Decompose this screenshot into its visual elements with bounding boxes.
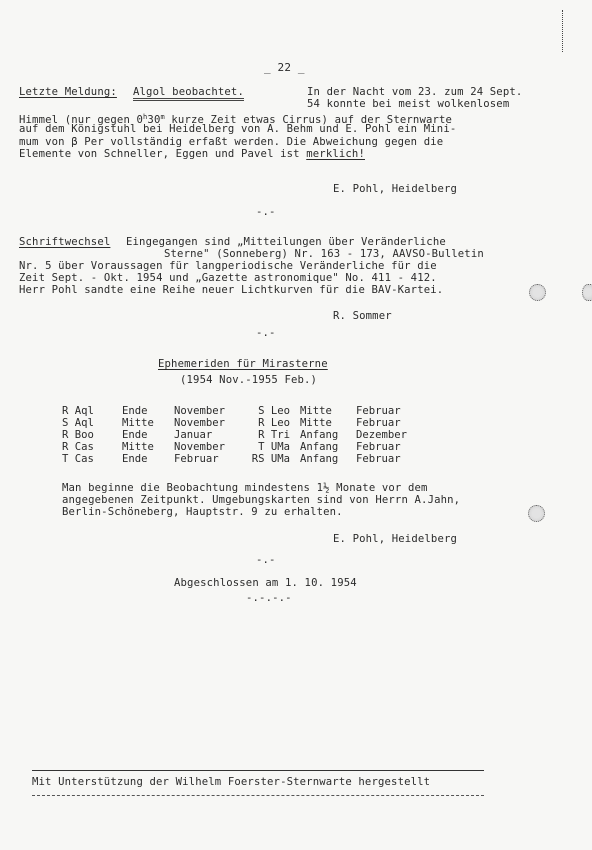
heading-text: Letzte Meldung:: [19, 86, 117, 98]
ephemeris-row: R AqlEndeNovemberS LeoMitteFebruar: [62, 405, 416, 417]
ephemeris-phase-b: Mitte: [300, 405, 356, 417]
correspondence-heading: Schriftwechsel: [19, 236, 110, 248]
ephemeris-month-b: Dezember: [356, 429, 416, 441]
punch-hole-icon: [582, 284, 592, 301]
report-line-6-text: Elemente von Schneller, Eggen und Pavel …: [19, 148, 306, 160]
separator: -.-: [256, 206, 276, 218]
ephemeris-star-a: T Cas: [62, 453, 122, 465]
ephemerides-note-1: Man beginne die Beobachtung mindestens 1…: [62, 482, 428, 494]
report-line-2: 54 konnte bei meist wolkenlosem: [307, 98, 509, 110]
ephemeris-star-b: T UMa: [244, 441, 300, 453]
latest-report-title: Algol beobachtet.: [133, 86, 244, 98]
ephemeris-star-a: R Boo: [62, 429, 122, 441]
separator: -.-.-.-: [246, 592, 292, 604]
correspondence-line-2: Sterne" (Sonneberg) Nr. 163 - 173, AAVSO…: [164, 248, 484, 260]
correspondence-signature: R. Sommer: [333, 310, 392, 322]
report-line-5: mum von β Per vollständig erfaßt werden.…: [19, 136, 443, 148]
ephemeris-row: S AqlMitteNovemberR LeoMitteFebruar: [62, 417, 416, 429]
correspondence-line-5: Herr Pohl sandte eine Reihe neuer Lichtk…: [19, 284, 443, 296]
ephemeris-month-a: Januar: [174, 429, 244, 441]
ephemeris-star-a: R Cas: [62, 441, 122, 453]
ephemeris-month-b: Februar: [356, 453, 416, 465]
ephemerides-title: Ephemeriden für Mirasterne: [158, 358, 328, 370]
punch-hole-icon: [529, 284, 546, 301]
ephemeris-month-a: Februar: [174, 453, 244, 465]
correspondence-line-3: Nr. 5 über Voraussagen für langperiodisc…: [19, 260, 437, 272]
footer-text: Mit Unterstützung der Wilhelm Foerster-S…: [32, 776, 430, 788]
ephemeris-month-a: November: [174, 417, 244, 429]
ephemeris-star-b: RS UMa: [244, 453, 300, 465]
separator: -.-: [256, 327, 276, 339]
ephemeris-phase-a: Ende: [122, 453, 174, 465]
footer-rule-top: [32, 770, 484, 771]
ephemerides-note-2: angegebenen Zeitpunkt. Umgebungskarten s…: [62, 494, 460, 506]
ephemerides-subtitle: (1954 Nov.-1955 Feb.): [180, 374, 317, 386]
page-number: _ 22 _: [264, 62, 305, 74]
emphasis-text: merklich!: [306, 148, 365, 160]
ephemeris-row: R BooEndeJanuarR TriAnfangDezember: [62, 429, 416, 441]
ephemerides-note-3: Berlin-Schöneberg, Hauptstr. 9 zu erhalt…: [62, 506, 343, 518]
ephemeris-phase-a: Mitte: [122, 417, 174, 429]
ephemeris-phase-b: Mitte: [300, 417, 356, 429]
ephemeris-phase-a: Ende: [122, 405, 174, 417]
ephemerides-table: R AqlEndeNovemberS LeoMitteFebruarS AqlM…: [62, 405, 416, 465]
ephemeris-phase-b: Anfang: [300, 453, 356, 465]
correspondence-line-1: Eingegangen sind „Mitteilungen über Verä…: [126, 236, 446, 248]
ephemerides-title-text: Ephemeriden für Mirasterne: [158, 358, 328, 370]
ephemeris-row: R CasMitteNovemberT UMaAnfangFebruar: [62, 441, 416, 453]
ephemeris-month-b: Februar: [356, 405, 416, 417]
footer-rule-bottom: [32, 795, 484, 796]
latest-report-heading: Letzte Meldung:: [19, 86, 117, 98]
ephemeris-month-b: Februar: [356, 441, 416, 453]
title-text: Algol beobachtet.: [133, 86, 244, 101]
correspondence-line-4: Zeit Sept. - Okt. 1954 und „Gazette astr…: [19, 272, 437, 284]
ephemeris-star-a: S Aql: [62, 417, 122, 429]
ephemeris-star-b: R Tri: [244, 429, 300, 441]
closing-date: Abgeschlossen am 1. 10. 1954: [174, 577, 357, 589]
ephemeris-phase-b: Anfang: [300, 441, 356, 453]
document-page: _ 22 _ Letzte Meldung: Algol beobachtet.…: [0, 0, 592, 850]
ephemeris-star-b: S Leo: [244, 405, 300, 417]
report-line-6: Elemente von Schneller, Eggen und Pavel …: [19, 148, 365, 160]
report-line-1: In der Nacht vom 23. zum 24 Sept.: [307, 86, 522, 98]
correspondence-heading-text: Schriftwechsel: [19, 236, 110, 248]
report-signature: E. Pohl, Heidelberg: [333, 183, 457, 195]
ephemeris-phase-b: Anfang: [300, 429, 356, 441]
ephemeris-row: T CasEndeFebruarRS UMaAnfangFebruar: [62, 453, 416, 465]
ephemeris-star-b: R Leo: [244, 417, 300, 429]
ephemerides-signature: E. Pohl, Heidelberg: [333, 533, 457, 545]
ephemeris-phase-a: Mitte: [122, 441, 174, 453]
punch-hole-icon: [528, 505, 545, 522]
ephemeris-month-a: November: [174, 441, 244, 453]
report-line-4: auf dem Königstuhl bei Heidelberg von A.…: [19, 123, 456, 135]
ephemeris-star-a: R Aql: [62, 405, 122, 417]
separator: -.-: [256, 554, 276, 566]
ephemeris-month-a: November: [174, 405, 244, 417]
margin-mark: [562, 10, 563, 52]
ephemeris-month-b: Februar: [356, 417, 416, 429]
ephemeris-phase-a: Ende: [122, 429, 174, 441]
